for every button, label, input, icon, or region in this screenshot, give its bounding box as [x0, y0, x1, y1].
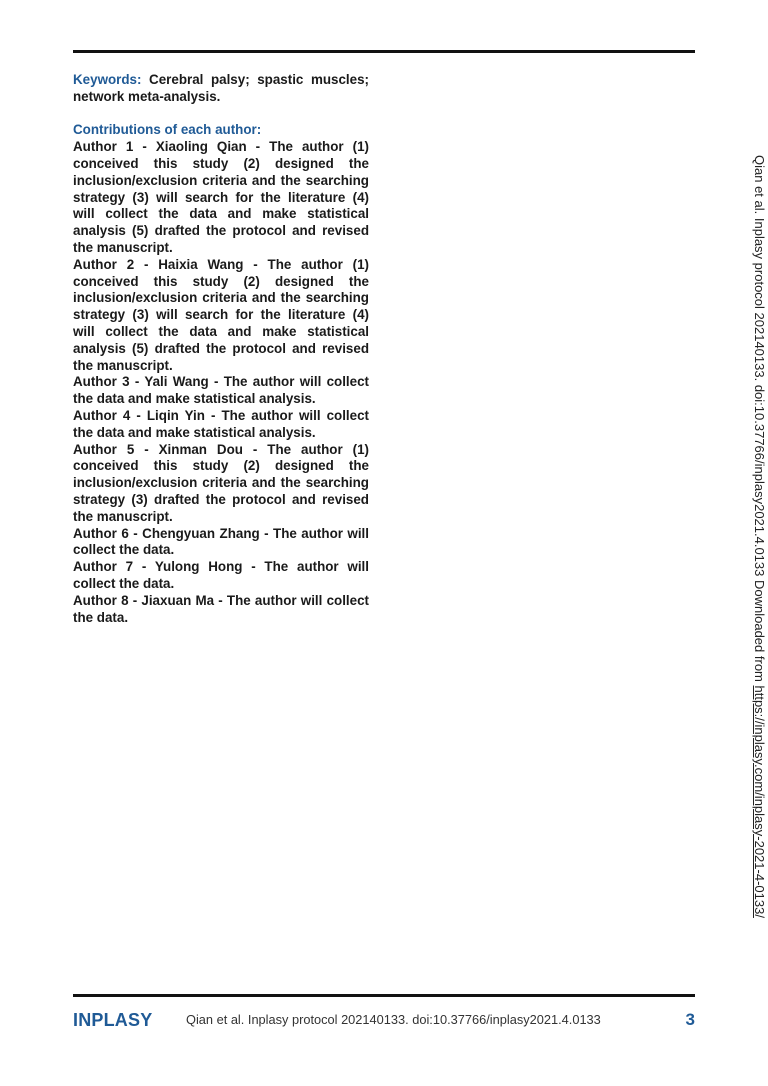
download-link[interactable]: https://inplasy.com/inplasy-2021-4-0133/ — [752, 686, 767, 918]
author-contribution-5: Author 5 - Xinman Dou - The author (1) c… — [73, 442, 369, 526]
spacer — [73, 106, 369, 123]
author-contribution-2: Author 2 - Haixia Wang - The author (1) … — [73, 257, 369, 375]
brand-logo: INPLASY — [73, 1010, 152, 1031]
keywords-label: Keywords: — [73, 72, 141, 87]
contributions-heading: Contributions of each author: — [73, 122, 369, 139]
download-note: Qian et al. Inplasy protocol 202140133. … — [752, 155, 767, 925]
download-note-text: Qian et al. Inplasy protocol 202140133. … — [752, 155, 767, 686]
author-contribution-4: Author 4 - Liqin Yin - The author will c… — [73, 408, 369, 442]
keywords: Keywords: Cerebral palsy; spastic muscle… — [73, 72, 369, 106]
page-footer: INPLASY Qian et al. Inplasy protocol 202… — [73, 1008, 695, 1038]
author-contribution-7: Author 7 - Yulong Hong - The author will… — [73, 559, 369, 593]
author-contribution-1: Author 1 - Xiaoling Qian - The author (1… — [73, 139, 369, 257]
author-contribution-8: Author 8 - Jiaxuan Ma - The author will … — [73, 593, 369, 627]
author-contribution-3: Author 3 - Yali Wang - The author will c… — [73, 374, 369, 408]
footer-rule — [73, 994, 695, 997]
footer-citation: Qian et al. Inplasy protocol 202140133. … — [186, 1012, 601, 1027]
page-number: 3 — [686, 1010, 695, 1030]
author-contribution-6: Author 6 - Chengyuan Zhang - The author … — [73, 526, 369, 560]
header-rule — [73, 50, 695, 53]
left-column: Keywords: Cerebral palsy; spastic muscle… — [73, 72, 369, 626]
